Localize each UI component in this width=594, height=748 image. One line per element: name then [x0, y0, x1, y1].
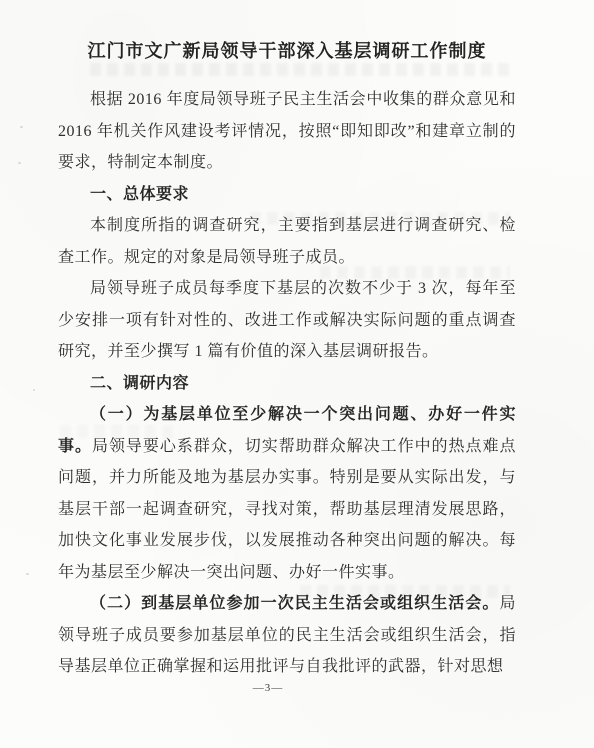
body-paragraph: 局领导班子成员每季度下基层的次数不少于 3 次，每年至少安排一项有针对性的、改进…	[58, 273, 516, 368]
scan-speck	[18, 162, 21, 164]
scan-artifact	[90, 63, 510, 76]
scanned-document-page: { "document": { "title": "江门市文广新局领导干部深入基…	[0, 0, 594, 748]
item-2-lead: （二）到基层单位参加一次民主生活会或组织生活会。	[90, 595, 499, 612]
document-title: 江门市文广新局领导干部深入基层调研工作制度	[58, 38, 516, 64]
item-paragraph-2: （二）到基层单位参加一次民主生活会或组织生活会。局领导班子成员要参加基层单位的民…	[58, 588, 516, 683]
item-1-text: 局领导要心系群众，切实帮助群众解决工作中的热点难点问题，并力所能及地为基层办实事…	[58, 438, 516, 581]
item-paragraph-1: （一）为基层单位至少解决一个突出问题、办好一件实事。局领导要心系群众，切实帮助群…	[58, 399, 516, 588]
intro-paragraph: 根据 2016 年度局领导班子民主生活会中收集的群众意见和 2016 年机关作风…	[58, 84, 516, 179]
scan-speck	[33, 389, 35, 391]
page-number: —3—	[58, 681, 478, 695]
scan-speck	[20, 126, 23, 128]
document-body: 根据 2016 年度局领导班子民主生活会中收集的群众意见和 2016 年机关作风…	[58, 84, 516, 683]
body-paragraph: 本制度所指的调查研究，主要指到基层进行调查研究、检查工作。规定的对象是局领导班子…	[58, 210, 516, 273]
section-heading-research-content: 二、调研内容	[58, 368, 516, 400]
scan-speck	[26, 573, 29, 575]
section-heading-overall-requirements: 一、总体要求	[58, 179, 516, 211]
